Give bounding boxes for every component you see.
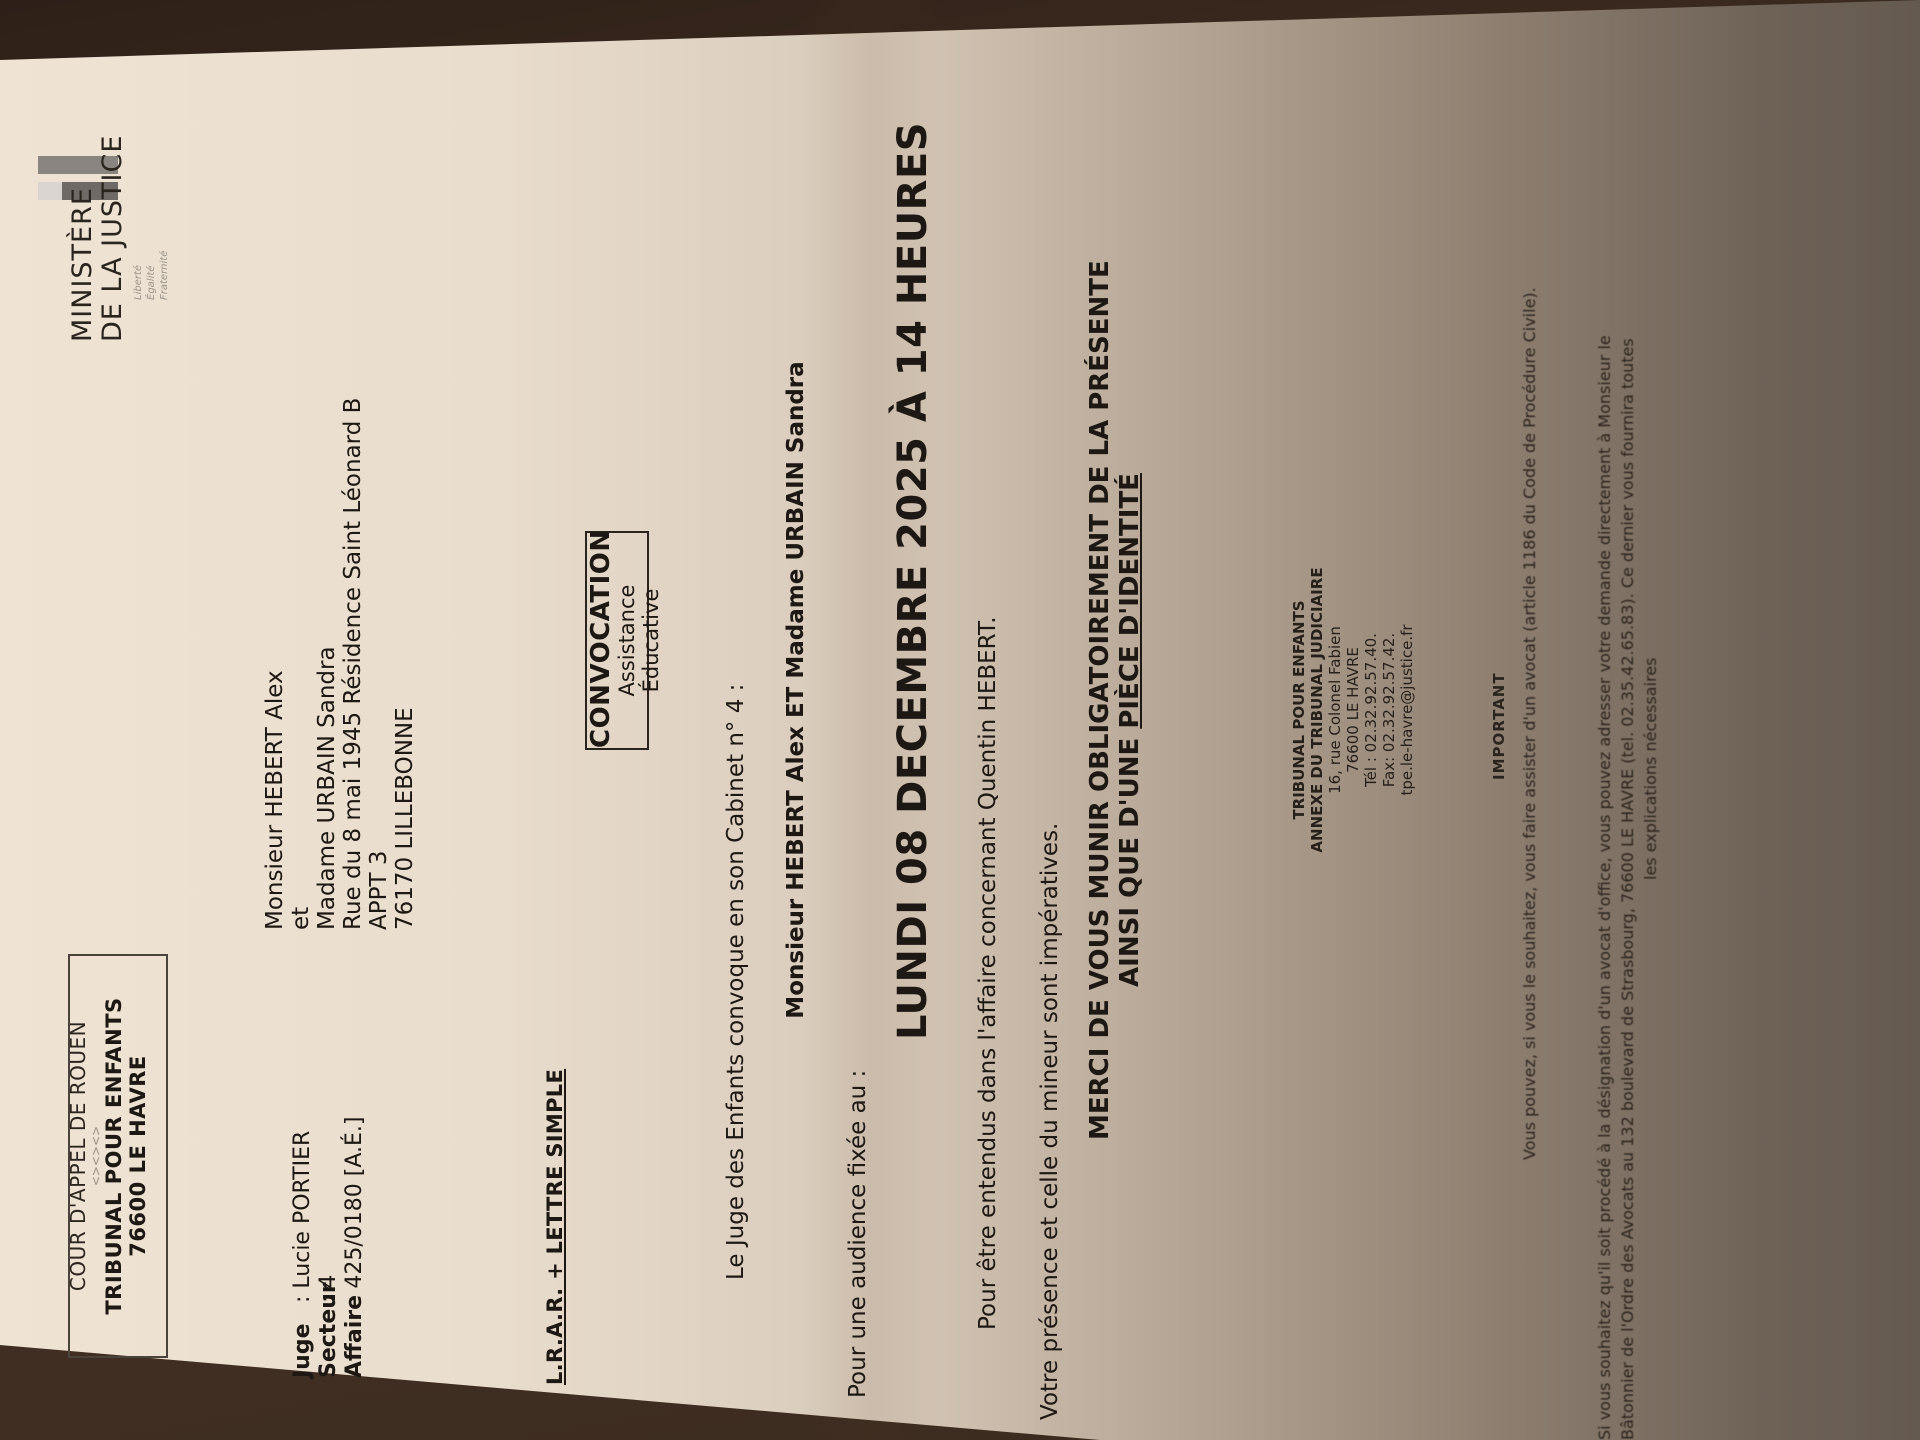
hearing-date: LUNDI 08 DECEMBRE 2025 À 14 HEURES <box>890 122 936 1040</box>
purpose-text: Pour être entendus dans l'affaire concer… <box>975 616 1001 1330</box>
label: Secteur <box>316 1303 342 1378</box>
ornament: <><><> <box>90 956 102 1356</box>
motto-fraternite: Fraternité <box>158 251 171 300</box>
tribunal-contact-block: TRIBUNAL POUR ENFANTS ANNEXE DU TRIBUNAL… <box>1290 540 1416 880</box>
reminder-line-2: AINSI QUE D'UNE PIÈCE D'IDENTITÉ <box>1115 320 1145 1140</box>
id-document-requirement: PIÈCE D'IDENTITÉ <box>1115 473 1145 729</box>
motto-egalite: Égalité <box>145 251 158 300</box>
footer-phone: Tél : 02.32.92.57.40. <box>1362 540 1380 880</box>
value: : 4 <box>316 1275 342 1303</box>
footer-line: ANNEXE DU TRIBUNAL JUDICIAIRE <box>1308 540 1326 880</box>
reminder-text: MERCI DE VOUS MUNIR OBLIGATOIREMENT DE L… <box>1085 320 1145 1140</box>
motto-liberte: Liberté <box>132 251 145 300</box>
presence-text: Votre présence et celle du mineur sont i… <box>1037 823 1063 1420</box>
address-line: 76170 LILLEBONNE <box>392 398 418 930</box>
label: Affaire <box>342 1303 368 1378</box>
convocation-box: CONVOCATION Assistance Éducative <box>585 531 649 750</box>
court-of-appeal: COUR D'APPEL DE ROUEN <box>66 956 90 1356</box>
ministry-line-2: DE LA JUSTICE <box>98 135 128 342</box>
audience-intro: Pour une audience fixée au : <box>845 1070 871 1398</box>
tribunal-name: TRIBUNAL POUR ENFANTS <box>102 956 126 1356</box>
footnote-line: Si vous souhaitez qu'il soit procédé à l… <box>1595 335 1615 1440</box>
court-header-box: COUR D'APPEL DE ROUEN <><><> TRIBUNAL PO… <box>68 954 168 1358</box>
case-info-sector: Secteur : 4 <box>316 1116 342 1378</box>
value: : 425/0180 [A.É.] <box>342 1116 368 1303</box>
footer-email: tpe.le-havre@justice.fr <box>1398 540 1416 880</box>
reminder-prefix: AINSI QUE D'UNE <box>1115 729 1145 987</box>
case-info-judge: Juge : Lucie PORTIER <box>290 1116 316 1378</box>
footer-line: TRIBUNAL POUR ENFANTS <box>1290 540 1308 880</box>
ministry-name: MINISTÈRE DE LA JUSTICE <box>68 135 128 342</box>
convocation-title: CONVOCATION <box>587 533 615 748</box>
document: MINISTÈRE DE LA JUSTICE Liberté Égalité … <box>0 0 1920 1440</box>
address-line: Monsieur HEBERT Alex <box>262 398 288 930</box>
convocation-subtitle: Assistance Éducative <box>615 533 663 748</box>
ministry-line-1: MINISTÈRE <box>68 135 98 342</box>
footnote-line: Vous pouvez, si vous le souhaitez, vous … <box>1520 287 1540 1160</box>
reminder-line-1: MERCI DE VOUS MUNIR OBLIGATOIREMENT DE L… <box>1085 320 1115 1140</box>
footer-line: 76600 LE HAVRE <box>1344 540 1362 880</box>
address-line: Madame URBAIN Sandra <box>314 398 340 930</box>
footer-fax: Fax: 02.32.92.57.42. <box>1380 540 1398 880</box>
intro-text: Le Juge des Enfants convoque en son Cabi… <box>723 684 749 1280</box>
mailing-mode: L.R.A.R. + LETTRE SIMPLE <box>543 1069 567 1385</box>
address-line: Rue du 8 mai 1945 Résidence Saint Léonar… <box>340 398 366 930</box>
parties-text: Monsieur HEBERT Alex ET Madame URBAIN Sa… <box>783 330 809 1050</box>
republic-motto: Liberté Égalité Fraternité <box>132 251 171 300</box>
footnote-line: Bâtonnier de l'Ordre des Avocats au 132 … <box>1618 338 1638 1440</box>
case-info: Juge : Lucie PORTIER Secteur : 4 Affaire… <box>290 1116 368 1378</box>
important-label: IMPORTANT <box>1490 672 1508 780</box>
recipient-address: Monsieur HEBERT Alex et Madame URBAIN Sa… <box>262 398 418 930</box>
tribunal-city: 76600 LE HAVRE <box>126 956 150 1356</box>
address-line: APPT 3 <box>366 398 392 930</box>
value: : Lucie PORTIER <box>290 1131 316 1303</box>
footer-line: 16, rue Colonel Fabien <box>1326 540 1344 880</box>
label: Juge <box>290 1303 316 1378</box>
footnote-line: les explications nécessaires <box>1641 658 1661 880</box>
address-line: et <box>288 398 314 930</box>
case-info-case-number: Affaire : 425/0180 [A.É.] <box>342 1116 368 1378</box>
